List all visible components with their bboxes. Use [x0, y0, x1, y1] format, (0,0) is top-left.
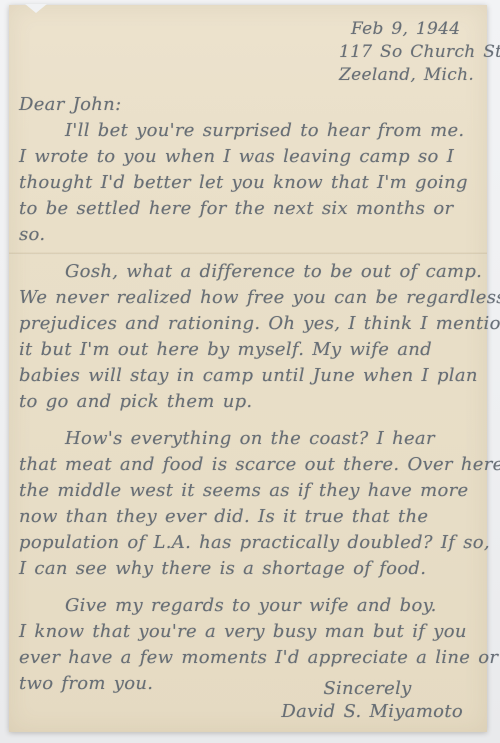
- letter-header: Feb 9, 1944 117 So Church St Zeeland, Mi…: [339, 5, 487, 87]
- letter-line: Gosh, what a difference to be out of cam…: [19, 259, 473, 285]
- letter-body: I'll bet you're surprised to hear from m…: [19, 118, 473, 697]
- signature: David S. Miyamoto: [281, 700, 463, 723]
- letter-address-line-2: Zeeland, Mich.: [339, 64, 487, 87]
- letter-line: Give my regards to your wife and boy.: [19, 593, 473, 619]
- letter-line: babies will stay in camp until June when…: [19, 363, 473, 389]
- letter-address-line-1: 117 So Church St: [339, 41, 487, 64]
- letter-date: Feb 9, 1944: [351, 18, 487, 41]
- letter-line: to be settled here for the next six mont…: [19, 196, 473, 222]
- letter-line: the middle west it seems as if they have…: [19, 478, 473, 504]
- fold-crease: [9, 252, 487, 255]
- letter-line: population of L.A. has practically doubl…: [19, 530, 473, 556]
- letter-paragraph: Gosh, what a difference to be out of cam…: [19, 259, 473, 415]
- letter-line: prejudices and rationing. Oh yes, I thin…: [19, 311, 473, 337]
- letter-line: thought I'd better let you know that I'm…: [19, 170, 473, 196]
- letter-line: I know that you're a very busy man but i…: [19, 619, 473, 645]
- letter-line: ever have a few moments I'd appreciate a…: [19, 645, 473, 671]
- corner-fold-notch: [25, 4, 47, 13]
- letter-paragraph: How's everything on the coast? I heartha…: [19, 426, 473, 582]
- letter-line: How's everything on the coast? I hear: [19, 426, 473, 452]
- scan-background: Feb 9, 1944 117 So Church St Zeeland, Mi…: [0, 0, 500, 743]
- letter-line: I'll bet you're surprised to hear from m…: [19, 118, 473, 144]
- letter-paragraph: I'll bet you're surprised to hear from m…: [19, 118, 473, 248]
- letter-line: I wrote to you when I was leaving camp s…: [19, 144, 473, 170]
- letter-line: now than they ever did. Is it true that …: [19, 504, 473, 530]
- letter-line: to go and pick them up.: [19, 389, 473, 415]
- letter-paper: Feb 9, 1944 117 So Church St Zeeland, Mi…: [9, 5, 487, 732]
- letter-line: so.: [19, 222, 473, 248]
- closing-block: Sincerely David S. Miyamoto: [281, 677, 463, 723]
- letter-line: that meat and food is scarce out there. …: [19, 452, 473, 478]
- letter-line: I can see why there is a shortage of foo…: [19, 556, 473, 582]
- closing: Sincerely: [323, 677, 463, 700]
- salutation: Dear John:: [19, 92, 487, 118]
- letter-line: it but I'm out here by myself. My wife a…: [19, 337, 473, 363]
- letter-line: We never realized how free you can be re…: [19, 285, 473, 311]
